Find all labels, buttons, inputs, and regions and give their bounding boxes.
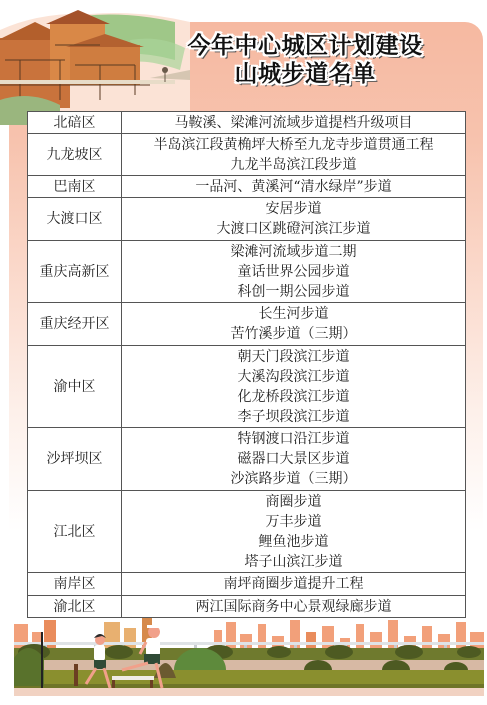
project-item: 商圈步道	[122, 492, 465, 512]
table-row: 南岸区 南坪商圈步道提升工程	[28, 573, 466, 596]
district-cell: 沙坪坝区	[28, 428, 122, 491]
project-item: 科创一期公园步道	[122, 282, 465, 302]
table-row: 重庆经开区 长生河步道 苦竹溪步道（三期）	[28, 303, 466, 346]
project-item: 马鞍溪、梁滩河流域步道提档升级项目	[122, 113, 465, 133]
project-item: 大溪沟段滨江步道	[122, 367, 465, 387]
projects-cell: 两江国际商务中心景观绿廊步道	[122, 596, 466, 618]
projects-cell: 朝天门段滨江步道 大溪沟段滨江步道 化龙桥段滨江步道 李子坝段滨江步道	[122, 346, 466, 428]
district-cell: 渝北区	[28, 596, 122, 618]
district-cell: 大渡口区	[28, 198, 122, 241]
district-cell: 渝中区	[28, 346, 122, 428]
table-row: 大渡口区 安居步道 大渡口区跳磴河滨江步道	[28, 198, 466, 241]
table-row: 江北区 商圈步道 万丰步道 鲤鱼池步道 塔子山滨江步道	[28, 491, 466, 573]
project-item: 大渡口区跳磴河滨江步道	[122, 219, 465, 239]
table-row: 沙坪坝区 特钢渡口沿江步道 磁器口大景区步道 沙滨路步道（三期）	[28, 428, 466, 491]
project-item: 一品河、黄溪河“清水绿岸”步道	[122, 177, 465, 197]
project-item: 塔子山滨江步道	[122, 552, 465, 572]
walkway-list-table: 北碚区 马鞍溪、梁滩河流域步道提档升级项目 九龙坡区 半岛滨江段黄桷坪大桥至九龙…	[27, 111, 466, 618]
project-item: 沙滨路步道（三期）	[122, 469, 465, 489]
project-item: 南坪商圈步道提升工程	[122, 574, 465, 594]
district-cell: 巴南区	[28, 176, 122, 198]
project-item: 万丰步道	[122, 512, 465, 532]
project-item: 磁器口大景区步道	[122, 449, 465, 469]
district-cell: 九龙坡区	[28, 134, 122, 176]
title-line-1: 今年中心城区计划建设	[150, 32, 460, 60]
page-title: 今年中心城区计划建设 山城步道名单	[150, 32, 460, 88]
projects-cell: 半岛滨江段黄桷坪大桥至九龙寺步道贯通工程 九龙半岛滨江段步道	[122, 134, 466, 176]
project-item: 苦竹溪步道（三期）	[122, 324, 465, 344]
project-item: 两江国际商务中心景观绿廊步道	[122, 597, 465, 617]
projects-cell: 一品河、黄溪河“清水绿岸”步道	[122, 176, 466, 198]
project-item: 童话世界公园步道	[122, 262, 465, 282]
district-cell: 重庆经开区	[28, 303, 122, 346]
district-cell: 南岸区	[28, 573, 122, 596]
table-row: 九龙坡区 半岛滨江段黄桷坪大桥至九龙寺步道贯通工程 九龙半岛滨江段步道	[28, 134, 466, 176]
project-item: 化龙桥段滨江步道	[122, 387, 465, 407]
project-item: 长生河步道	[122, 304, 465, 324]
project-item: 半岛滨江段黄桷坪大桥至九龙寺步道贯通工程	[122, 135, 465, 155]
table-row: 渝北区 两江国际商务中心景观绿廊步道	[28, 596, 466, 618]
project-item: 九龙半岛滨江段步道	[122, 155, 465, 175]
project-item: 特钢渡口沿江步道	[122, 429, 465, 449]
table-row: 巴南区 一品河、黄溪河“清水绿岸”步道	[28, 176, 466, 198]
district-cell: 重庆高新区	[28, 241, 122, 303]
table-row: 重庆高新区 梁滩河流域步道二期 童话世界公园步道 科创一期公园步道	[28, 241, 466, 303]
project-item: 梁滩河流域步道二期	[122, 242, 465, 262]
projects-cell: 特钢渡口沿江步道 磁器口大景区步道 沙滨路步道（三期）	[122, 428, 466, 491]
project-item: 朝天门段滨江步道	[122, 347, 465, 367]
project-item: 鲤鱼池步道	[122, 532, 465, 552]
district-cell: 江北区	[28, 491, 122, 573]
project-item: 李子坝段滨江步道	[122, 407, 465, 427]
projects-cell: 商圈步道 万丰步道 鲤鱼池步道 塔子山滨江步道	[122, 491, 466, 573]
project-item: 安居步道	[122, 199, 465, 219]
projects-cell: 南坪商圈步道提升工程	[122, 573, 466, 596]
projects-cell: 安居步道 大渡口区跳磴河滨江步道	[122, 198, 466, 241]
projects-cell: 梁滩河流域步道二期 童话世界公园步道 科创一期公园步道	[122, 241, 466, 303]
table-row: 北碚区 马鞍溪、梁滩河流域步道提档升级项目	[28, 112, 466, 134]
projects-cell: 马鞍溪、梁滩河流域步道提档升级项目	[122, 112, 466, 134]
title-line-2: 山城步道名单	[150, 60, 460, 88]
table-row: 渝中区 朝天门段滨江步道 大溪沟段滨江步道 化龙桥段滨江步道 李子坝段滨江步道	[28, 346, 466, 428]
projects-cell: 长生河步道 苦竹溪步道（三期）	[122, 303, 466, 346]
district-cell: 北碚区	[28, 112, 122, 134]
joggers-park-illustration	[14, 618, 484, 698]
